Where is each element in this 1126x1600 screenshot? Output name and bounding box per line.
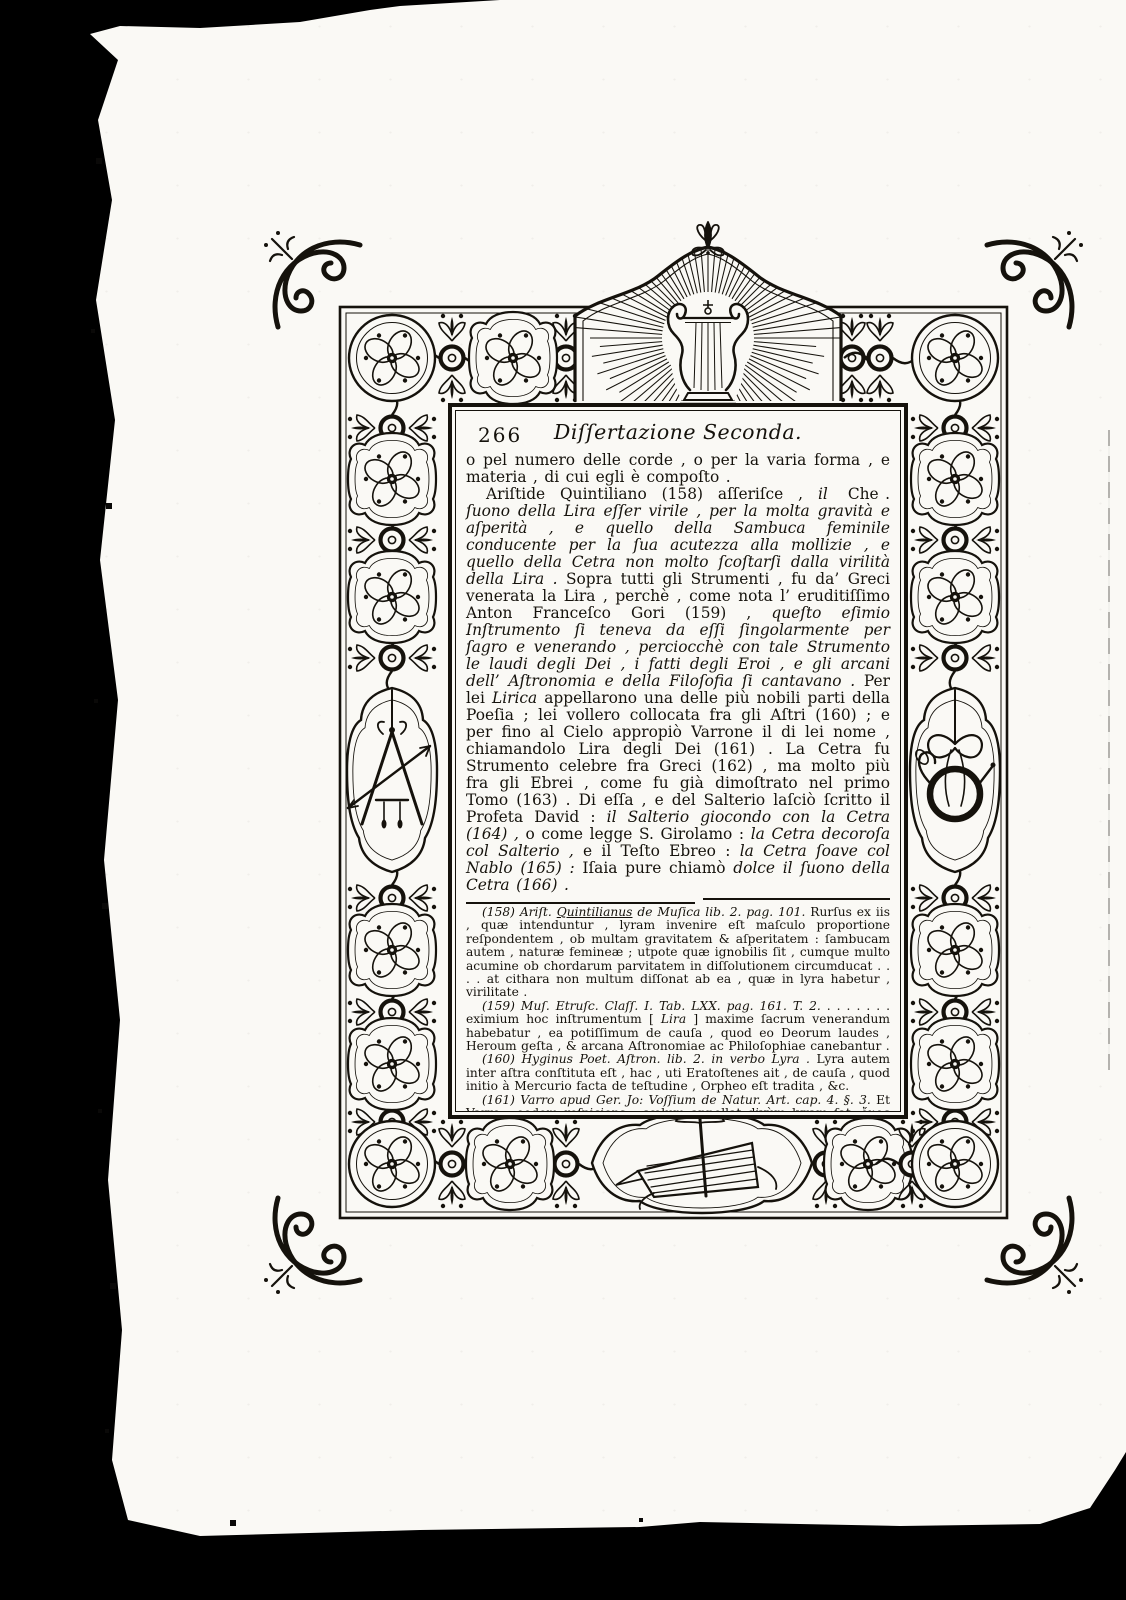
rosette-medallion xyxy=(911,551,999,643)
tulip-ornament xyxy=(839,375,865,402)
footnotes: (158) Ariſt. Quintilianus de Muſica lib.… xyxy=(466,906,890,1112)
tulip-ornament xyxy=(348,885,375,911)
tulip-ornament xyxy=(348,527,375,553)
tulip-ornament xyxy=(911,527,938,553)
text-frame-border: 266 Diſſertazione Seconda. o pel numero … xyxy=(448,403,908,1119)
tulip-ornament xyxy=(911,885,938,911)
paper-sheet: 266 Diſſertazione Seconda. o pel numero … xyxy=(0,0,1126,1600)
text-run: o pel numero delle corde , o per la vari… xyxy=(466,451,890,486)
footnote-item: (159) Muſ. Etruſc. Claſſ. I. Tab. LXX. p… xyxy=(466,1000,890,1054)
tulip-ornament xyxy=(348,645,375,671)
scanned-book-page: 266 Diſſertazione Seconda. o pel numero … xyxy=(0,0,1126,1600)
tulip-ornament xyxy=(972,527,999,553)
tulip-ornament xyxy=(553,1120,579,1147)
text-run: (159) Muſ. Etruſc. Claſſ. I. Tab. LXX. p… xyxy=(482,999,821,1013)
rosette-medallion xyxy=(911,904,999,996)
body-paragraph: Che .Ariſtide Quintiliano (158) aſſeriſc… xyxy=(466,486,890,894)
tulip-ornament xyxy=(439,1120,465,1147)
footnote-separator-rule xyxy=(466,897,890,906)
scan-edge-speckles xyxy=(0,0,2,2)
catchword: Che . xyxy=(828,486,890,503)
footnote-item: (161) Varro apud Ger. Jo: Voſſium de Nat… xyxy=(466,1094,890,1112)
text-run: Quintilianus xyxy=(557,905,633,919)
rosette-medallion xyxy=(348,551,436,643)
text-run: Rurſus ex iis , quæ intenduntur , lyram … xyxy=(466,905,890,999)
corner-rosette-medallion xyxy=(349,1121,435,1207)
rosette-medallion xyxy=(348,904,436,996)
text-run: appellarono una delle più nobili parti d… xyxy=(466,689,890,826)
tulip-ornament xyxy=(972,999,999,1025)
text-run: (158) Ariſt. xyxy=(482,905,557,919)
rosette-medallion xyxy=(911,1018,999,1110)
footnote-item: (158) Ariſt. Quintilianus de Muſica lib.… xyxy=(466,906,890,1000)
footnote-item: (160) Hyginus Poet. Aſtron. lib. 2. in v… xyxy=(466,1053,890,1093)
text-block: 266 Diſſertazione Seconda. o pel numero … xyxy=(455,410,901,1112)
corner-rosette-medallion xyxy=(912,1121,998,1207)
tulip-ornament xyxy=(553,1181,579,1208)
tulip-ornament xyxy=(409,645,436,671)
page-number: 266 xyxy=(478,423,522,447)
text-run: o come legge S. Girolamo : xyxy=(526,825,751,843)
tulip-ornament xyxy=(867,314,893,341)
tulip-ornament xyxy=(439,375,465,402)
text-run: Lira xyxy=(661,1012,686,1026)
rosette-medallion xyxy=(911,433,999,525)
tulip-ornament xyxy=(911,645,938,671)
rosette-medallion xyxy=(348,1018,436,1110)
page-header: 266 Diſſertazione Seconda. xyxy=(466,420,890,448)
text-run: e il Teſto Ebreo : xyxy=(583,842,740,860)
corner-rosette-medallion xyxy=(912,315,998,401)
text-run: (160) Hyginus Poet. Aſtron. lib. 2. in v… xyxy=(482,1052,810,1066)
tulip-ornament xyxy=(439,1181,465,1208)
text-run: de Muſica lib. 2. pag. 101. xyxy=(632,905,805,919)
rosette-medallion xyxy=(469,312,557,404)
tulip-ornament xyxy=(409,527,436,553)
lyre-pediment xyxy=(555,222,864,428)
boat-cartouche xyxy=(592,1113,812,1213)
tulip-ornament xyxy=(972,885,999,911)
running-title: Diſſertazione Seconda. xyxy=(466,420,890,444)
body-text: o pel numero delle corde , o per la vari… xyxy=(466,452,890,894)
gutter-shadow-line xyxy=(1108,430,1110,1070)
body-paragraph: o pel numero delle corde , o per la vari… xyxy=(466,452,890,486)
tulip-ornament xyxy=(348,999,375,1025)
tulip-ornament xyxy=(409,885,436,911)
text-run: Iſaia pure chiamò xyxy=(582,859,733,877)
tulip-ornament xyxy=(911,999,938,1025)
tulip-ornament xyxy=(972,645,999,671)
rosette-medallion xyxy=(466,1118,554,1210)
tulip-ornament xyxy=(867,375,893,402)
tulip-ornament xyxy=(439,314,465,341)
side-cartouche xyxy=(347,688,437,872)
tulip-ornament xyxy=(839,314,865,341)
side-cartouche xyxy=(910,688,1000,872)
text-run: Lirica xyxy=(492,689,537,707)
tulip-ornament xyxy=(409,999,436,1025)
corner-rosette-medallion xyxy=(349,315,435,401)
text-run: (161) Varro apud Ger. Jo: Voſſium de Nat… xyxy=(482,1093,871,1107)
text-run: Ariſtide Quintiliano (158) aſſeriſce , xyxy=(486,485,818,503)
rosette-medallion xyxy=(348,433,436,525)
